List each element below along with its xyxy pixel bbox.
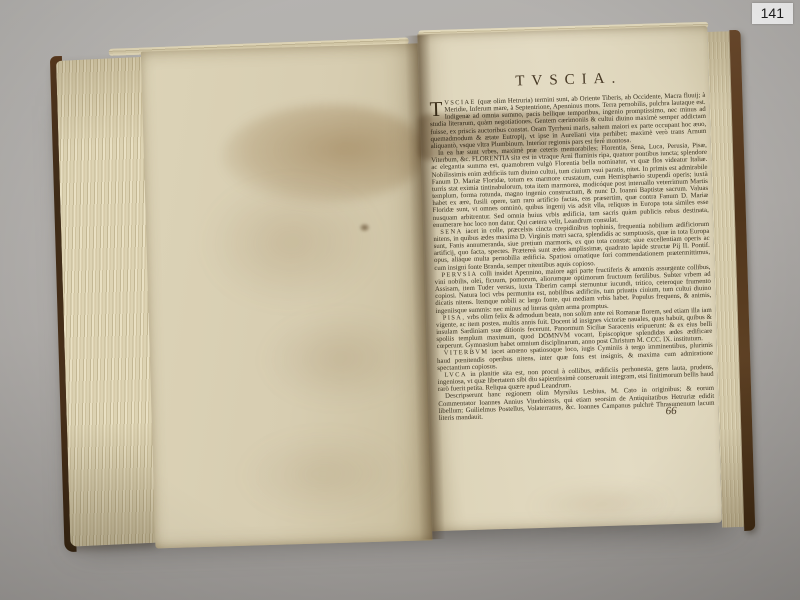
page-stain — [200, 175, 384, 310]
page-title: TVSCIA. — [433, 68, 705, 93]
open-book: TVSCIA. TVSCIAE (quæ olim Hetruria) term… — [49, 24, 756, 558]
paragraph-text: In ea hæ sunt vrbes, maximè præ ceteris … — [431, 142, 709, 229]
body-paragraph: TVSCIAE (quæ olim Hetruria) termini sunt… — [429, 92, 706, 150]
text-recto-page: TVSCIA. TVSCIAE (quæ olim Hetruria) term… — [417, 26, 722, 531]
drop-cap: T — [429, 100, 444, 117]
photo-stage: TVSCIA. TVSCIAE (quæ olim Hetruria) term… — [0, 0, 800, 600]
page-stain — [220, 101, 428, 207]
archive-frame-number: 141 — [752, 3, 793, 24]
blank-verso-page — [141, 43, 433, 548]
page-stain — [526, 482, 677, 526]
page-stain — [237, 429, 409, 519]
printed-text-block: TVSCIA. TVSCIAE (quæ olim Hetruria) term… — [429, 68, 715, 422]
page-stain-spot — [359, 223, 370, 232]
page-stain — [259, 309, 422, 409]
body-paragraph: In ea hæ sunt vrbes, maximè præ ceteris … — [431, 142, 709, 229]
